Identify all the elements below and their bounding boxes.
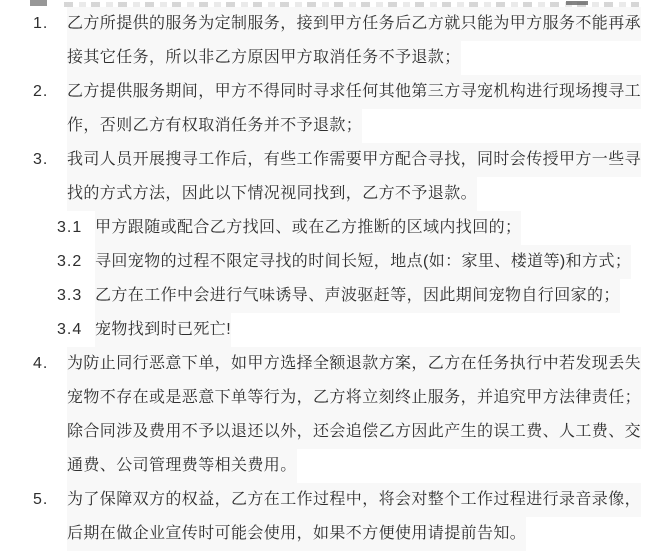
- line-text: 作，否则乙方有权取消任务并不予退款；: [67, 109, 362, 143]
- text-line: 3.我司人员开展搜寻工作后，有些工作需要甲方配合寻找，同时会传授甲方一些寻: [0, 143, 661, 177]
- text-line: 2.乙方提供服务期间，甲方不得同时寻求任何其他第三方寻宠机构进行现场搜寻工: [0, 75, 661, 109]
- text-line: 3.3乙方在工作中会进行气味诱导、声波驱赶等，因此期间宠物自行回家的；: [0, 279, 661, 313]
- line-text: 我司人员开展搜寻工作后，有些工作需要甲方配合寻找，同时会传授甲方一些寻: [67, 143, 641, 177]
- text-line: 通费、公司管理费等相关费用。: [0, 449, 661, 483]
- text-line: 1.乙方所提供的服务为定制服务，接到甲方任务后乙方就只能为甲方服务不能再承: [0, 7, 661, 41]
- list-marker: 3.3: [57, 279, 82, 313]
- text-line: 找的方式方法，因此以下情况视同找到，乙方不予退款。: [0, 177, 661, 211]
- text-line: 3.2寻回宠物的过程不限定寻找的时间长短，地点(如：家里、楼道等)和方式；: [0, 245, 661, 279]
- text-line: 3.1甲方跟随或配合乙方找回、或在乙方推断的区域内找回的；: [0, 211, 661, 245]
- line-text: 接其它任务，所以非乙方原因甲方取消任务不予退款；: [67, 41, 461, 75]
- document-page: 1.乙方所提供的服务为定制服务，接到甲方任务后乙方就只能为甲方服务不能再承接其它…: [0, 0, 661, 556]
- text-line: 除合同涉及费用不予以退还以外，还会追偿乙方因此产生的误工费、人工费、交: [0, 415, 661, 449]
- list-marker: 3.2: [57, 245, 82, 279]
- cropped-previous-line-fragment: [30, 0, 47, 6]
- text-line: 作，否则乙方有权取消任务并不予退款；: [0, 109, 661, 143]
- list-marker: 3.: [33, 143, 48, 177]
- line-text: 甲方跟随或配合乙方找回、或在乙方推断的区域内找回的；: [95, 211, 521, 245]
- text-line: 接其它任务，所以非乙方原因甲方取消任务不予退款；: [0, 41, 661, 75]
- line-text: 为防止同行恶意下单，如甲方选择全额退款方案，乙方在任务执行中若发现丢失: [67, 347, 641, 381]
- line-text: 通费、公司管理费等相关费用。: [67, 449, 297, 483]
- line-text: 除合同涉及费用不予以退还以外，还会追偿乙方因此产生的误工费、人工费、交: [67, 415, 641, 449]
- text-line: 后期在做企业宣传时可能会使用，如果不方便使用请提前告知。: [0, 517, 661, 551]
- text-line: 3.4宠物找到时已死亡!: [0, 313, 661, 347]
- text-line: 4.为防止同行恶意下单，如甲方选择全额退款方案，乙方在任务执行中若发现丢失: [0, 347, 661, 381]
- line-text: 寻回宠物的过程不限定寻找的时间长短，地点(如：家里、楼道等)和方式；: [95, 245, 631, 279]
- cropped-previous-line-fragment: [566, 1, 588, 5]
- list-marker: 2.: [33, 75, 48, 109]
- list-marker: 1.: [33, 7, 48, 41]
- line-text: 乙方在工作中会进行气味诱导、声波驱赶等，因此期间宠物自行回家的；: [95, 279, 620, 313]
- line-text: 后期在做企业宣传时可能会使用，如果不方便使用请提前告知。: [67, 517, 526, 551]
- list-marker: 4.: [33, 347, 48, 381]
- line-text: 宠物找到时已死亡!: [95, 313, 231, 347]
- list-marker: 3.4: [57, 313, 82, 347]
- line-text: 乙方所提供的服务为定制服务，接到甲方任务后乙方就只能为甲方服务不能再承: [67, 7, 641, 41]
- text-line: 宠物不存在或是恶意下单等行为，乙方将立刻终止服务，并追究甲方法律责任；: [0, 381, 661, 415]
- line-text: 为了保障双方的权益，乙方在工作过程中，将会对整个工作过程进行录音录像，: [67, 483, 641, 517]
- terms-list: 1.乙方所提供的服务为定制服务，接到甲方任务后乙方就只能为甲方服务不能再承接其它…: [0, 7, 661, 551]
- list-marker: 3.1: [57, 211, 82, 245]
- line-text: 找的方式方法，因此以下情况视同找到，乙方不予退款。: [67, 177, 477, 211]
- line-text: 宠物不存在或是恶意下单等行为，乙方将立刻终止服务，并追究甲方法律责任；: [67, 381, 641, 415]
- text-line: 5.为了保障双方的权益，乙方在工作过程中，将会对整个工作过程进行录音录像，: [0, 483, 661, 517]
- list-marker: 5.: [33, 483, 48, 517]
- line-text: 乙方提供服务期间，甲方不得同时寻求任何其他第三方寻宠机构进行现场搜寻工: [67, 75, 641, 109]
